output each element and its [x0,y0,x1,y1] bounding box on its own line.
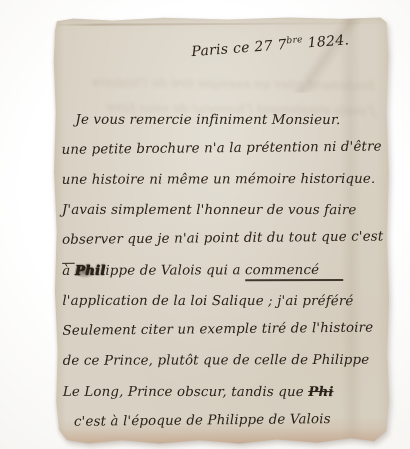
struck-word: Phi [308,384,333,400]
letter-line-commence: à Philippe de Valois qui a commencé [62,255,386,287]
letter-body: Je vous remercie infiniment Monsieur. un… [61,104,387,438]
letter-line: une petite brochure n'a la prétention ni… [61,132,385,165]
letter-line: l'application de la loi Salique ; j'ai p… [62,287,386,317]
letter-line: c'est à l'époque de Philippe de Valois [74,405,387,438]
date-year: 1824. [302,32,349,51]
letter-line: J'avais simplement l'honneur de vous fai… [62,196,386,226]
letter-line: observer que je n'ai point dit du tout q… [62,222,386,255]
letter-line: Je vous remercie infiniment Monsieur. [75,106,385,136]
letter-line-struck: Le Long, Prince obscur, tandis que Phi [63,377,387,408]
line-text: ippe de Valois qui a [105,263,245,278]
date-superscript: bre [286,35,303,46]
line-text: Le Long, Prince obscur, tandis que [63,385,308,400]
letter-paper: Seulement citer un exemple tiré de l'his… [53,16,391,445]
letter-paper-wrap: Seulement citer un exemple tiré de l'his… [54,17,390,444]
underlined-word: commencé [245,263,343,281]
overlined-word: à [62,264,75,279]
letter-line: Seulement citer un exemple tiré de l'his… [62,313,386,346]
ink-blot-word: Phil [75,263,106,279]
photo-background: Seulement citer un exemple tiré de l'his… [0,0,410,449]
letter-line: une histoire ni même un mémoire historiq… [62,165,386,196]
letter-line: de ce Prince, plutôt que de celle de Phi… [63,346,387,377]
